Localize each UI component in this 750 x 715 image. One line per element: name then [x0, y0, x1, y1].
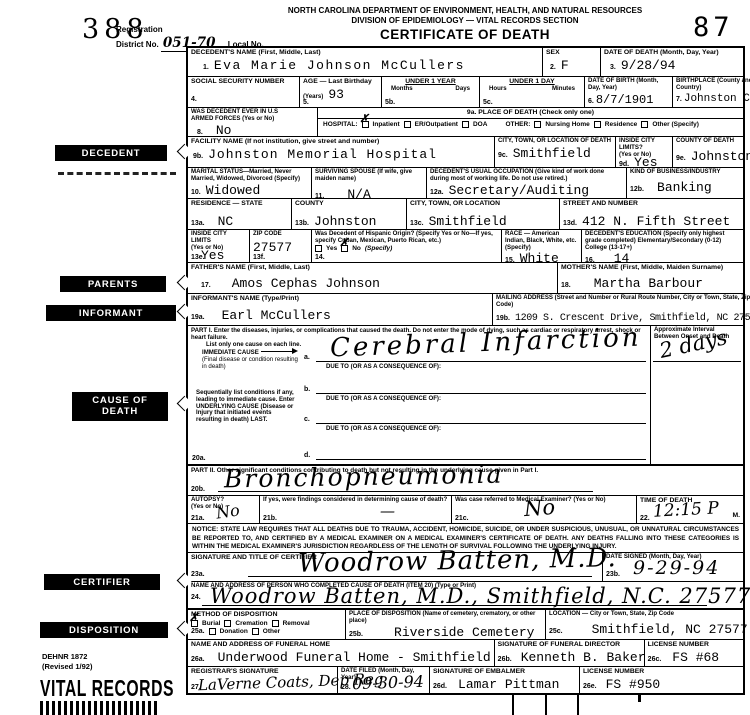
- funeral-director-label: SIGNATURE OF FUNERAL DIRECTOR: [498, 641, 641, 649]
- residence-county-label: COUNTY: [295, 200, 403, 208]
- stencil-barcode: [40, 701, 158, 715]
- burial-checkmark: ✗: [189, 612, 198, 623]
- doa-label: DOA: [473, 121, 487, 128]
- residence-street-num: 13d.: [563, 220, 577, 227]
- marital-value: Widowed: [206, 183, 261, 198]
- cause-line-a-letter: a.: [304, 354, 310, 361]
- row-autopsy: AUTOPSY? (Yes or No) 21a. No If yes, wer…: [188, 496, 743, 524]
- scan-artifact-line: [545, 692, 547, 715]
- decedent-dash-marks: [58, 172, 176, 175]
- residence-street-value: 412 N. Fifth Street: [582, 214, 730, 229]
- zip-label: ZIP CODE: [253, 231, 308, 238]
- informant-name-value: Earl McCullers: [222, 308, 331, 323]
- field-age: AGE — Last Birthday (Years)93 5.: [300, 77, 382, 107]
- checkbox-removal: [272, 620, 279, 627]
- occupation-label: DECEDENT'S USUAL OCCUPATION (Give kind o…: [430, 169, 623, 183]
- time-of-death-value: 12:15 P: [653, 498, 720, 521]
- other-label: Other (Specify): [652, 121, 699, 128]
- row-part2: PART II. Other significant conditions co…: [188, 466, 743, 496]
- embalmer-license-label: LICENSE NUMBER: [583, 668, 740, 676]
- place-of-disposition-value: Riverside Cemetery: [394, 625, 534, 640]
- row-facility: FACILITY NAME (If not institution, give …: [188, 137, 743, 168]
- father-label: FATHER'S NAME (First, Middle, Last): [191, 264, 554, 272]
- armed-forces-label: WAS DECEDENT EVER IN U.S ARMED FORCES (Y…: [191, 109, 301, 123]
- row-decedent-name: DECEDENT'S NAME (First, Middle, Last) 1.…: [188, 48, 743, 77]
- field-facility-name: FACILITY NAME (If not institution, give …: [188, 137, 495, 167]
- death-county-value: Johnston: [691, 149, 750, 164]
- field-occupation: DECEDENT'S USUAL OCCUPATION (Give kind o…: [427, 168, 627, 198]
- field-death-county: COUNTY OF DEATH 9e.Johnston: [673, 137, 743, 167]
- certifier-signature-value: Woodrow Batten, M.D.: [298, 543, 617, 579]
- scan-artifact-line: [512, 692, 514, 715]
- hispanic-specify-label: (Specify): [365, 245, 392, 252]
- funeral-home-label: NAME AND ADDRESS OF FUNERAL HOME: [191, 641, 491, 649]
- row-cause-of-death: PART I. Enter the diseases, injuries, or…: [188, 326, 743, 466]
- cause-line-b-rule: [316, 393, 646, 394]
- place-of-death-title: 9a. PLACE OF DEATH (Check only one): [318, 108, 743, 119]
- funeral-director-num: 26b.: [498, 656, 512, 663]
- disposition-location-num: 25c.: [549, 628, 563, 635]
- field-medical-examiner-referred: Was case referred to Medical Examiner? (…: [452, 496, 637, 523]
- field-death-city: CITY, TOWN, OR LOCATION OF DEATH 9c.Smit…: [495, 137, 616, 167]
- time-of-death-num: 22.: [640, 515, 650, 522]
- embalmer-license-value: FS #950: [606, 677, 661, 692]
- field-time-of-death: TIME OF DEATH 22. 12:15 P M.: [637, 496, 743, 523]
- marital-label: MARITAL STATUS—Married, Never Married, W…: [191, 169, 308, 183]
- father-num: 17.: [201, 282, 211, 289]
- department-header-line1: NORTH CAROLINA DEPARTMENT OF ENVIRONMENT…: [186, 6, 744, 15]
- registration-label: Registration: [116, 25, 322, 34]
- marital-num: 10.: [191, 189, 201, 196]
- residence-county-num: 13b.: [295, 220, 309, 227]
- informant-name-num: 19a.: [191, 314, 205, 321]
- hispanic-no-label: No: [352, 245, 361, 252]
- field-funeral-home: NAME AND ADDRESS OF FUNERAL HOME 26a.Und…: [188, 640, 495, 666]
- cause-line-d-letter: d.: [304, 452, 310, 459]
- father-value: Amos Cephas Johnson: [232, 276, 380, 291]
- date-signed-value: 9-29-94: [633, 557, 720, 579]
- residence-city-label: CITY, TOWN, OR LOCATION: [410, 200, 556, 208]
- row-zip-race: INSIDE CITY LIMITS (Yes or No) Yes 13e. …: [188, 230, 743, 263]
- certifier-signature-num: 23a.: [191, 571, 205, 578]
- row-completed-by: NAME AND ADDRESS OF PERSON WHO COMPLETED…: [188, 582, 743, 610]
- scanned-death-certificate: { "meta": { "dept_line1": "NORTH CAROLIN…: [0, 0, 750, 715]
- hispanic-num: 14.: [315, 254, 325, 261]
- checkbox-burial: ✗: [191, 620, 198, 627]
- field-date-of-death: DATE OF DEATH (Month, Day, Year) 3.9/28/…: [601, 48, 743, 76]
- due-to-label-c: DUE TO (OR AS A CONSEQUENCE OF):: [326, 426, 441, 433]
- residence-city-num: 13c.: [410, 220, 424, 227]
- director-license-label: LICENSE NUMBER: [648, 641, 742, 649]
- disposition-location-value: Smithfield, NC 27577: [592, 622, 748, 637]
- form-code: DEHNR 1872: [42, 652, 92, 662]
- immediate-cause-label: IMMEDIATE CAUSE(Final disease or conditi…: [202, 350, 298, 370]
- field-zip-code: ZIP CODE 27577 13f.: [250, 230, 312, 262]
- row-marital: MARITAL STATUS—Married, Never Married, W…: [188, 168, 743, 199]
- district-no-label: District No.: [116, 40, 159, 49]
- part2-value: Bronchopneumonia: [224, 460, 504, 494]
- field-date-of-birth: DATE OF BIRTH (Month, Day, Year) 6.8/7/1…: [585, 77, 673, 107]
- field-industry: KIND OF BUSINESS/INDUSTRY 12b.Banking: [627, 168, 743, 198]
- row-ssn-age-birth: SOCIAL SECURITY NUMBER 4. AGE — Last Bir…: [188, 77, 743, 108]
- armed-forces-value: No: [216, 123, 232, 138]
- under-1-year-days-label: Days: [455, 86, 470, 93]
- certificate-form: DECEDENT'S NAME (First, Middle, Last) 1.…: [186, 46, 745, 695]
- under-1-day-hours-label: Hours: [489, 86, 507, 93]
- embalmer-label: SIGNATURE OF EMBALMER: [433, 668, 576, 676]
- sex-value: F: [561, 58, 569, 73]
- field-residence-inside-limits: INSIDE CITY LIMITS (Yes or No) Yes 13e.: [188, 230, 250, 262]
- field-disposition-location: LOCATION — City or Town, State, Zip Code…: [546, 610, 750, 639]
- checkbox-doa: [462, 121, 469, 128]
- decedent-name-value: Eva Marie Johnson McCullers: [214, 58, 465, 73]
- other-disposition-label: Other: [263, 628, 280, 635]
- residence-state-label: RESIDENCE — STATE: [191, 200, 288, 208]
- referred-num: 21c.: [455, 515, 469, 522]
- zip-value: 27577: [253, 240, 308, 255]
- field-residence-county: COUNTY 13b.Johnston: [292, 199, 407, 229]
- field-surviving-spouse: SURVIVING SPOUSE (If wife, give maiden n…: [312, 168, 427, 198]
- ssn-label: SOCIAL SECURITY NUMBER: [191, 78, 296, 86]
- date-of-death-value: 9/28/94: [621, 58, 676, 73]
- residence-state-num: 13a.: [191, 220, 205, 227]
- under-1-day-num: 5c.: [483, 99, 493, 106]
- embalmer-license-num: 26e.: [583, 683, 597, 690]
- form-code-block: DEHNR 1872 (Revised 1/92): [42, 652, 92, 672]
- field-certifier-signature: SIGNATURE AND TITLE OF CERTIFIER 23a. Wo…: [188, 553, 603, 581]
- completed-by-value: Woodrow Batten, M.D., Smithfield, N.C. 2…: [210, 584, 750, 608]
- age-num: 5.: [303, 99, 309, 106]
- checkbox-cremation: [224, 620, 231, 627]
- field-decedent-name: DECEDENT'S NAME (First, Middle, Last) 1.…: [188, 48, 543, 76]
- section-tag-certifier: CERTIFIER: [44, 574, 160, 590]
- donation-label: Donation: [220, 628, 248, 635]
- field-mailing-address: MAILING ADDRESS (Street and Number or Ru…: [493, 294, 750, 325]
- checkbox-donation: [209, 628, 216, 635]
- date-of-birth-label: DATE OF BIRTH (Month, Day, Year): [588, 78, 669, 92]
- method-label: METHOD OF DISPOSITION: [191, 611, 342, 619]
- cause-interval-column: Approximate Interval Between Onset and D…: [651, 326, 743, 464]
- field-residence-city: CITY, TOWN, OR LOCATION 13c.Smithfield: [407, 199, 560, 229]
- embalmer-value: Lamar Pittman: [458, 677, 559, 692]
- field-autopsy-findings: If yes, were findings considered in dete…: [260, 496, 452, 523]
- referred-value: No: [523, 495, 556, 521]
- death-county-num: 9e.: [676, 155, 686, 162]
- checkbox-er-outpatient: [404, 121, 411, 128]
- row-disposition: METHOD OF DISPOSITION ✗Burial Cremation …: [188, 610, 743, 640]
- field-birthplace: BIRTHPLACE (County and State or Foreign …: [673, 77, 750, 107]
- checkbox-residence: [594, 121, 601, 128]
- field-ssn: SOCIAL SECURITY NUMBER 4.: [188, 77, 300, 107]
- informant-name-label: INFORMANT'S NAME (Type/Print): [191, 295, 489, 303]
- residence-inside-limits-num: 13e.: [191, 254, 205, 261]
- residence-inside-limits-value: Yes: [201, 248, 246, 263]
- field-marital-status: MARITAL STATUS—Married, Never Married, W…: [188, 168, 312, 198]
- date-of-birth-value: 8/7/1901: [596, 93, 654, 107]
- other-group-label: OTHER:: [505, 121, 530, 128]
- facility-label: FACILITY NAME (If not institution, give …: [191, 138, 491, 146]
- section-tag-disposition: DISPOSITION: [40, 622, 168, 638]
- field-date-signed: DATE SIGNED (Month, Day, Year) 23b. 9-29…: [603, 553, 743, 581]
- industry-num: 12b.: [630, 186, 644, 193]
- field-place-of-death: 9a. PLACE OF DEATH (Check only one) HOSP…: [318, 108, 743, 136]
- age-label: AGE — Last Birthday: [303, 78, 378, 86]
- mailing-address-label: MAILING ADDRESS (Street and Number or Ru…: [496, 295, 750, 309]
- ssn-num: 4.: [191, 96, 197, 103]
- field-education: DECEDENT'S EDUCATION (Specify only highe…: [582, 230, 743, 262]
- sex-num: 2.: [550, 64, 556, 71]
- residence-street-label: STREET AND NUMBER: [563, 200, 740, 208]
- field-under-1-day: UNDER 1 DAY HoursMinutes 5c.: [480, 77, 585, 107]
- row-armed-forces-place-of-death: WAS DECEDENT EVER IN U.S ARMED FORCES (Y…: [188, 108, 743, 137]
- section-tag-decedent: DECEDENT: [55, 145, 167, 161]
- sequential-conditions-label: Sequentially list conditions if any, lea…: [196, 390, 298, 424]
- burial-label: Burial: [202, 620, 220, 627]
- sex-label: SEX: [546, 49, 597, 57]
- hispanic-no-checkmark: ✗: [339, 237, 348, 248]
- residence-state-value: NC: [218, 214, 234, 229]
- immediate-cause-arrow: [261, 351, 293, 353]
- field-embalmer-license: LICENSE NUMBER 26e.FS #950: [580, 667, 743, 693]
- checkbox-inpatient: ✗: [362, 121, 369, 128]
- place-of-disposition-label: PLACE OF DISPOSITION (Name of cemetery, …: [349, 611, 542, 625]
- funeral-director-value: Kenneth B. Baker: [521, 650, 646, 665]
- funeral-home-num: 26a.: [191, 656, 205, 663]
- decedent-name-label: DECEDENT'S NAME (First, Middle, Last): [191, 49, 539, 57]
- cause-tag-line2: DEATH: [102, 406, 138, 417]
- armed-forces-num: 8.: [197, 129, 203, 136]
- findings-num: 21b.: [263, 515, 277, 522]
- section-tag-informant: INFORMANT: [46, 305, 176, 321]
- spouse-label: SURVIVING SPOUSE (If wife, give maiden n…: [315, 169, 423, 183]
- field-armed-forces: WAS DECEDENT EVER IN U.S ARMED FORCES (Y…: [188, 108, 318, 136]
- cause-line-b-letter: b.: [304, 386, 310, 393]
- part2-num: 20b.: [191, 486, 205, 493]
- section-tag-cause-of-death: CAUSE OFDEATH: [72, 392, 168, 421]
- hispanic-yes-label: Yes: [326, 245, 337, 252]
- department-header-line2: DIVISION OF EPIDEMIOLOGY — VITAL RECORDS…: [186, 16, 744, 25]
- under-1-year-num: 5b.: [385, 99, 395, 106]
- date-of-death-num: 3.: [610, 64, 616, 71]
- date-filed-value: 09-30-94: [352, 672, 425, 693]
- vital-records-text: VITAL RECORDS: [40, 676, 190, 702]
- under-1-day-minutes-label: Minutes: [552, 86, 575, 93]
- row-residence: RESIDENCE — STATE 13a.NC COUNTY 13b.John…: [188, 199, 743, 230]
- date-of-death-label: DATE OF DEATH (Month, Day, Year): [604, 49, 740, 57]
- education-label: DECEDENT'S EDUCATION (Specify only highe…: [585, 231, 740, 251]
- checkbox-hispanic-yes: [315, 245, 322, 252]
- field-funeral-director: SIGNATURE OF FUNERAL DIRECTOR 26b.Kennet…: [495, 640, 645, 666]
- residence-label: Residence: [605, 121, 638, 128]
- due-to-label-a: DUE TO (OR AS A CONSEQUENCE OF):: [326, 364, 441, 371]
- autopsy-value: No: [215, 500, 241, 522]
- removal-label: Removal: [283, 620, 310, 627]
- autopsy-num: 21a.: [191, 515, 205, 522]
- director-license-num: 26c.: [648, 656, 662, 663]
- field-father-name: FATHER'S NAME (First, Middle, Last) 17.A…: [188, 263, 558, 293]
- field-race: RACE — American Indian, Black, White, et…: [502, 230, 582, 262]
- death-inside-limits-label: INSIDE CITY LIMITS?: [619, 138, 669, 152]
- funeral-home-value: Underwood Funeral Home - Smithfield: [218, 650, 491, 665]
- inpatient-checkmark: ✗: [360, 113, 369, 124]
- death-city-num: 9c.: [498, 152, 508, 159]
- findings-value: —: [380, 502, 395, 520]
- er-outpatient-label: ER/Outpatient: [415, 121, 458, 128]
- mother-label: MOTHER'S NAME (First, Middle, Maiden Sur…: [561, 264, 740, 272]
- field-sex: SEX 2.F: [543, 48, 601, 76]
- scan-artifact-line: [577, 692, 579, 715]
- findings-label: If yes, were findings considered in dete…: [263, 497, 448, 504]
- field-hispanic-origin: Was Decedent of Hispanic Origin? (Specif…: [312, 230, 502, 262]
- nursing-home-label: Nursing Home: [545, 121, 589, 128]
- due-to-label-b: DUE TO (OR AS A CONSEQUENCE OF):: [326, 396, 441, 403]
- row-parents: FATHER'S NAME (First, Middle, Last) 17.A…: [188, 263, 743, 294]
- checkbox-other-disposition: [252, 628, 259, 635]
- field-method-of-disposition: METHOD OF DISPOSITION ✗Burial Cremation …: [188, 610, 346, 639]
- row-certifier-signature: SIGNATURE AND TITLE OF CERTIFIER 23a. Wo…: [188, 553, 743, 582]
- method-num: 25a.: [191, 628, 205, 635]
- residence-county-value: Johnston: [314, 214, 376, 229]
- place-of-disposition-num: 25b.: [349, 631, 363, 638]
- form-revision: (Revised 1/92): [42, 662, 92, 672]
- residence-inside-limits-label: INSIDE CITY LIMITS: [191, 231, 246, 245]
- death-county-label: COUNTY OF DEATH: [676, 138, 740, 145]
- mother-num: 18.: [561, 282, 571, 289]
- age-value: 93: [328, 87, 344, 102]
- field-residence-state: RESIDENCE — STATE 13a.NC: [188, 199, 292, 229]
- industry-value: Banking: [657, 180, 712, 195]
- checkbox-nursing-home: [534, 121, 541, 128]
- occupation-num: 12a.: [430, 189, 444, 196]
- cause-tag-line1: CAUSE OF: [92, 395, 148, 406]
- death-city-label: CITY, TOWN, OR LOCATION OF DEATH: [498, 138, 612, 145]
- mother-value: Martha Barbour: [594, 276, 703, 291]
- embalmer-num: 26d.: [433, 683, 447, 690]
- inpatient-label: Inpatient: [373, 121, 400, 128]
- field-registrar-signature: REGISTRAR'S SIGNATURE 27. LaVerne Coats,…: [188, 667, 338, 693]
- row-informant: INFORMANT'S NAME (Type/Print) 19a.Earl M…: [188, 294, 743, 326]
- immediate-cause-sublabel: (Final disease or condition resulting in…: [202, 356, 298, 370]
- checkbox-hispanic-no: ✗: [341, 245, 348, 252]
- hospital-group-label: HOSPITAL:: [323, 121, 358, 128]
- part1-item-num: 20a.: [192, 455, 206, 462]
- cremation-label: Cremation: [235, 620, 267, 627]
- field-place-of-disposition: PLACE OF DISPOSITION (Name of cemetery, …: [346, 610, 546, 639]
- field-part2: PART II. Other significant conditions co…: [188, 466, 743, 495]
- date-of-birth-num: 6.: [588, 98, 594, 105]
- cause-line-c-rule: [316, 423, 646, 424]
- mailing-address-num: 19b.: [496, 315, 510, 322]
- director-license-value: FS #68: [672, 650, 719, 665]
- cause-of-death-main: PART I. Enter the diseases, injuries, or…: [188, 326, 651, 464]
- completed-by-num: 24.: [191, 594, 201, 601]
- zip-num: 13f.: [253, 254, 265, 261]
- field-mother-name: MOTHER'S NAME (First, Middle, Maiden Sur…: [558, 263, 743, 293]
- race-label: RACE — American Indian, Black, White, et…: [505, 231, 578, 251]
- field-director-license: LICENSE NUMBER 26c.FS #68: [645, 640, 745, 666]
- field-autopsy: AUTOPSY? (Yes or No) 21a. No: [188, 496, 260, 523]
- field-completed-by: NAME AND ADDRESS OF PERSON WHO COMPLETED…: [188, 582, 743, 608]
- field-death-inside-limits: INSIDE CITY LIMITS? (Yes or No) 9d.Yes: [616, 137, 673, 167]
- decedent-name-num: 1.: [203, 64, 209, 71]
- checkbox-other: [641, 121, 648, 128]
- row-funeral-home: NAME AND ADDRESS OF FUNERAL HOME 26a.Und…: [188, 640, 743, 667]
- birthplace-label: BIRTHPLACE (County and State or Foreign …: [676, 78, 750, 92]
- disposition-location-label: LOCATION — City or Town, State, Zip Code: [549, 611, 748, 618]
- time-of-death-suffix: M.: [732, 512, 740, 520]
- field-informant-name: INFORMANT'S NAME (Type/Print) 19a.Earl M…: [188, 294, 493, 325]
- death-city-value: Smithfield: [513, 146, 591, 161]
- industry-label: KIND OF BUSINESS/INDUSTRY: [630, 169, 740, 176]
- row-registrar: REGISTRAR'S SIGNATURE 27. LaVerne Coats,…: [188, 667, 743, 693]
- field-under-1-year: UNDER 1 YEAR MonthsDays 5b.: [382, 77, 480, 107]
- cause-line-c-letter: c.: [304, 416, 310, 423]
- residence-city-value: Smithfield: [429, 214, 507, 229]
- field-residence-street: STREET AND NUMBER 13d.412 N. Fifth Stree…: [560, 199, 743, 229]
- facility-num: 9b.: [193, 153, 203, 160]
- under-1-year-months-label: Months: [391, 86, 413, 93]
- facility-value: Johnston Memorial Hospital: [208, 147, 437, 162]
- section-tag-parents: PARENTS: [60, 276, 166, 292]
- occupation-value: Secretary/Auditing: [449, 183, 589, 198]
- birthplace-value: Johnston County, NC: [684, 93, 750, 105]
- birthplace-num: 7.: [676, 96, 682, 103]
- field-embalmer-signature: SIGNATURE OF EMBALMER 26d.Lamar Pittman: [430, 667, 580, 693]
